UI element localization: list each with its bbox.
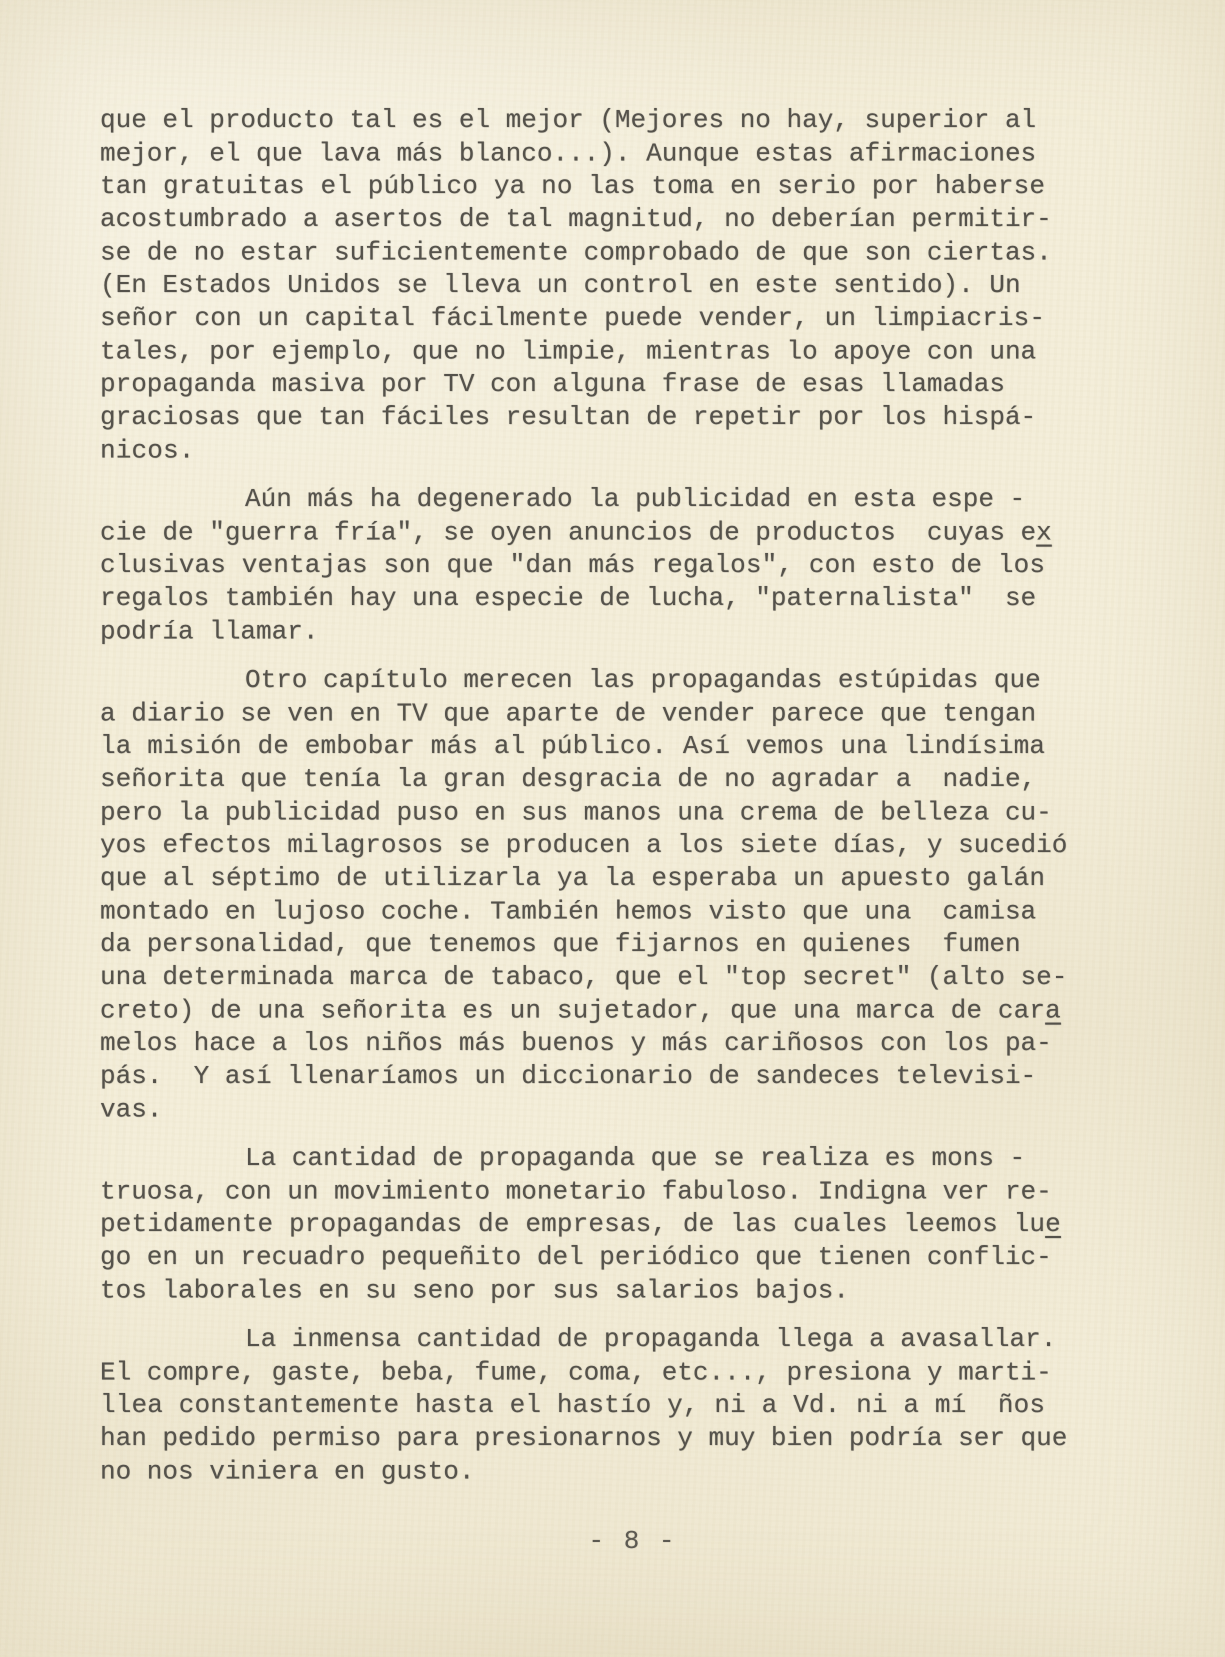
text-line: se de no estar suficientemente comprobad… [100, 237, 1165, 270]
page-number: - 8 - [100, 1526, 1165, 1556]
text-line: acostumbrado a asertos de tal magnitud, … [100, 203, 1165, 236]
document-page: que el producto tal es el mejor (Mejores… [0, 0, 1225, 1657]
underlined-letter: e [1045, 1209, 1061, 1239]
text-line: montado en lujoso coche. También hemos v… [100, 896, 1165, 929]
text-line: tos laborales en su seno por sus salario… [100, 1275, 1165, 1308]
paragraph: que el producto tal es el mejor (Mejores… [100, 104, 1165, 467]
text-line: La cantidad de propaganda que se realiza… [100, 1142, 1165, 1175]
text-line: una determinada marca de tabaco, que el … [100, 961, 1165, 994]
text-line: melos hace a los niños más buenos y más … [100, 1027, 1165, 1060]
text-line: creto) de una señorita es un sujetador, … [100, 995, 1165, 1028]
text-line: tales, por ejemplo, que no limpie, mient… [100, 336, 1165, 369]
paragraph: La cantidad de propaganda que se realiza… [100, 1142, 1165, 1307]
text-line: podría llamar. [100, 616, 1165, 649]
text-line: El compre, gaste, beba, fume, coma, etc.… [100, 1357, 1165, 1390]
text-segment: cie de "guerra fría", se oyen anuncios d… [100, 518, 1036, 548]
text-line: propaganda masiva por TV con alguna fras… [100, 368, 1165, 401]
text-line: mejor, el que lava más blanco...). Aunqu… [100, 138, 1165, 171]
text-segment: petidamente propagandas de empresas, de … [100, 1209, 1045, 1239]
text-line: no nos viniera en gusto. [100, 1456, 1165, 1489]
text-line: señorita que tenía la gran desgracia de … [100, 763, 1165, 796]
text-line: go en un recuadro pequeñito del periódic… [100, 1241, 1165, 1274]
text-line: regalos también hay una especie de lucha… [100, 582, 1165, 615]
text-line: señor con un capital fácilmente puede ve… [100, 302, 1165, 335]
text-line: han pedido permiso para presionarnos y m… [100, 1422, 1165, 1455]
text-line: cie de "guerra fría", se oyen anuncios d… [100, 517, 1165, 550]
text-line: tan gratuitas el público ya no las toma … [100, 170, 1165, 203]
text-line: graciosas que tan fáciles resultan de re… [100, 401, 1165, 434]
text-line: nicos. [100, 435, 1165, 468]
text-line: pás. Y así llenaríamos un diccionario de… [100, 1060, 1165, 1093]
text-line: (En Estados Unidos se lleva un control e… [100, 269, 1165, 302]
paragraph: Otro capítulo merecen las propagandas es… [100, 664, 1165, 1126]
text-line: da personalidad, que tenemos que fijarno… [100, 928, 1165, 961]
text-line: llea constantemente hasta el hastío y, n… [100, 1389, 1165, 1422]
paragraph: La inmensa cantidad de propaganda llega … [100, 1323, 1165, 1488]
text-line: vas. [100, 1094, 1165, 1127]
text-line: Otro capítulo merecen las propagandas es… [100, 664, 1165, 697]
text-line: que el producto tal es el mejor (Mejores… [100, 104, 1165, 137]
underlined-letter: a [1045, 996, 1061, 1026]
text-line: La inmensa cantidad de propaganda llega … [100, 1323, 1165, 1356]
text-line: petidamente propagandas de empresas, de … [100, 1208, 1165, 1241]
text-line: que al séptimo de utilizarla ya la esper… [100, 862, 1165, 895]
text-line: yos efectos milagrosos se producen a los… [100, 829, 1165, 862]
text-line: truosa, con un movimiento monetario fabu… [100, 1176, 1165, 1209]
page-text: que el producto tal es el mejor (Mejores… [100, 104, 1165, 1488]
text-line: la misión de embobar más al público. Así… [100, 730, 1165, 763]
text-segment: creto) de una señorita es un sujetador, … [100, 996, 1045, 1026]
paragraph: Aún más ha degenerado la publicidad en e… [100, 483, 1165, 648]
text-line: Aún más ha degenerado la publicidad en e… [100, 483, 1165, 516]
text-line: pero la publicidad puso en sus manos una… [100, 797, 1165, 830]
text-line: a diario se ven en TV que aparte de vend… [100, 698, 1165, 731]
text-line: clusivas ventajas son que "dan más regal… [100, 549, 1165, 582]
underlined-letter: x [1036, 518, 1052, 548]
